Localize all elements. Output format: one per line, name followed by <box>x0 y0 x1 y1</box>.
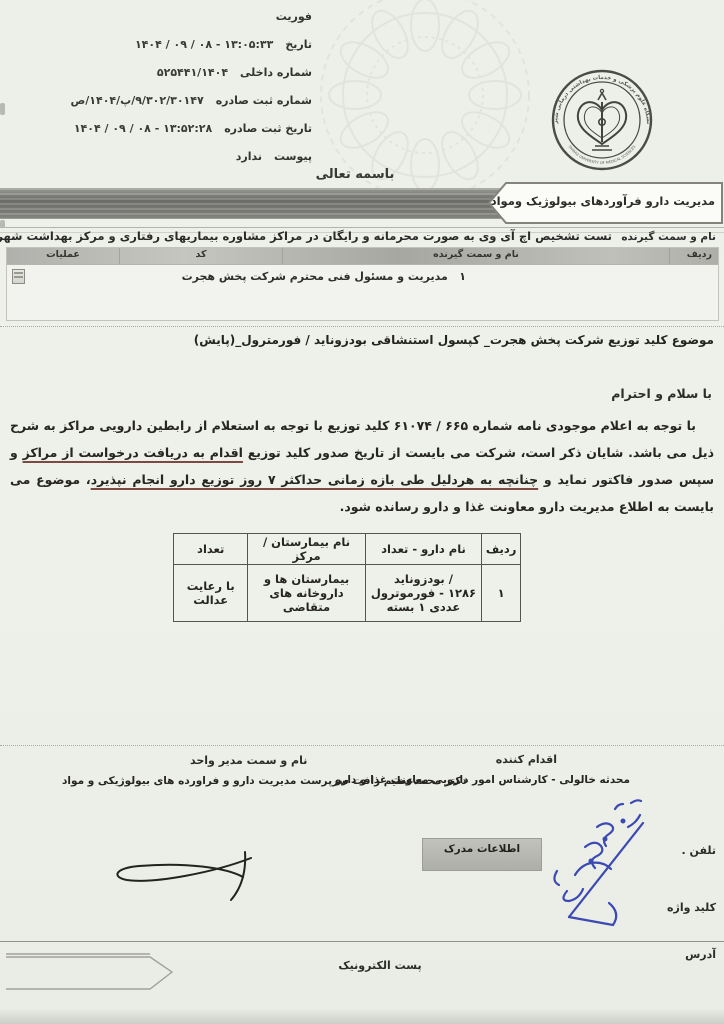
meta-row-attachment: پیوست ندارد <box>0 150 312 163</box>
body-seg4-underlined: چنانچه به هردلیل طی بازه زمانی حداکثر ۷ … <box>91 472 538 487</box>
salutation: با سلام و احترام <box>611 386 712 401</box>
recipient-note: تست تشخیص اچ آی وی به صورت محرمانه و رای… <box>0 229 612 243</box>
recipient-row-index: ۱ <box>459 270 466 283</box>
address-label: آدرس <box>685 948 716 961</box>
col-code-header: کد <box>119 248 282 264</box>
meta-row-internal-no: شماره داخلی ۵۲۵۴۴۱/۱۴۰۴ <box>0 66 312 79</box>
col-name-header: نام و سمت گیرنده <box>282 248 669 264</box>
actor-label: اقدام کننده <box>496 753 557 766</box>
phone-label: تلفن . <box>682 844 716 857</box>
drug-row-center: بیمارستان ها و داروخانه های متقاضی <box>248 565 365 622</box>
internal-no-label: شماره داخلی <box>240 66 312 79</box>
scanned-letter-page: فوریت تاریخ ۱۴۰۴ / ۰۹ / ۰۸ - ۱۳:۰۵:۳۳ شم… <box>0 0 724 1024</box>
university-seal-logo: دانشگاه علوم پزشکی و خدمات بهداشتی درمان… <box>548 66 656 174</box>
document-info-button: اطلاعات مدرک <box>422 838 542 871</box>
address-banner-outline <box>0 948 185 996</box>
subject-line: موضوع کلید توزیع شرکت پخش هجرت_ کپسول اس… <box>194 333 714 347</box>
divider-dotted <box>0 326 724 327</box>
body-seg2-underlined: اقدام به دریافت درخواست از مراکز <box>23 445 243 460</box>
col-actions-header: عملیات <box>7 248 119 264</box>
outgoing-date-label: تاریخ ثبت صادره <box>224 122 312 135</box>
drug-col-qty-header: تعداد <box>174 534 248 565</box>
attachment-value: ندارد <box>236 150 262 163</box>
date-value: ۱۴۰۴ / ۰۹ / ۰۸ - ۱۳:۰۵:۳۳ <box>135 38 273 51</box>
internal-no-value: ۵۲۵۴۴۱/۱۴۰۴ <box>157 66 228 79</box>
outgoing-no-label: شماره ثبت صادره <box>216 94 312 107</box>
drug-row-qty: با رعایت عدالت <box>174 565 248 622</box>
meta-row-priority: فوریت <box>0 10 312 23</box>
drug-table-header-row: ردیف نام دارو - تعداد نام بیمارستان / مر… <box>174 534 521 565</box>
col-row-header: ردیف <box>669 248 718 264</box>
department-banner-label: مدیریت دارو فرآوردهای بیولوژیک ومواد <box>505 194 715 208</box>
banner-band <box>0 188 504 219</box>
recipient-table-row: ۱ مدیریت و مسئول فنی محترم شرکت پخش هجرت <box>182 270 466 283</box>
scan-edge-shadow <box>0 1008 724 1024</box>
divider-solid <box>0 941 724 942</box>
recipients-table-header: ردیف نام و سمت گیرنده کد عملیات <box>7 248 718 265</box>
drug-row-drug: بودزوناید ‎/ ‎فورموترول ‎- ‎۱۲۸۶ ‎بسته ‎… <box>365 565 482 622</box>
email-label: پست الکترونیک <box>300 959 460 972</box>
drug-col-center-header: نام بیمارستان / مرکز <box>248 534 365 565</box>
date-label: تاریخ <box>285 38 312 51</box>
attachment-label: پیوست <box>274 150 312 163</box>
recipient-label: نام و سمت گیرنده <box>621 231 716 243</box>
outgoing-no-value: ص/‎۱۴۰۴/‎پ/‎۹/‎۳۰۲/‎۳۰۱۴۷ <box>70 94 203 107</box>
priority-label: فوریت <box>276 10 312 23</box>
drug-row-index: ۱ <box>482 565 521 622</box>
besmele: باسمه تعالی <box>280 167 430 182</box>
keyword-label: کلید واژه <box>667 901 716 914</box>
divider-dotted <box>0 745 724 746</box>
recipient-row-name: مدیریت و مسئول فنی محترم شرکت پخش هجرت <box>182 270 448 283</box>
drug-col-drug-header: نام دارو - تعداد <box>365 534 482 565</box>
meta-row-outgoing-date: تاریخ ثبت صادره ۱۴۰۴ / ۰۹ / ۰۸ - ۱۳:۵۲:۲… <box>0 122 312 135</box>
drug-col-row-header: ردیف <box>482 534 521 565</box>
manager-name: دکتر محمدعظیم رافت سرپرست مدیریت دارو و … <box>62 775 467 787</box>
meta-row-outgoing-no: شماره ثبت صادره ص/‎۱۴۰۴/‎پ/‎۹/‎۳۰۲/‎۳۰۱۴… <box>0 94 312 107</box>
outgoing-date-value: ۱۴۰۴ / ۰۹ / ۰۸ - ۱۳:۵۲:۲۸ <box>74 122 212 135</box>
meta-row-date: تاریخ ۱۴۰۴ / ۰۹ / ۰۸ - ۱۳:۰۵:۳۳ <box>0 38 312 51</box>
blue-signature <box>545 795 685 945</box>
letter-body: با توجه به اعلام موجودی نامه شماره ‎۶۱۰۷… <box>10 412 714 520</box>
recipients-table: ردیف نام و سمت گیرنده کد عملیات ۱ مدیریت… <box>6 247 719 321</box>
operations-grid-icon <box>12 269 25 284</box>
drug-table-data-row: ۱ بودزوناید ‎/ ‎فورموترول ‎- ‎۱۲۸۶ ‎بسته… <box>174 565 521 622</box>
black-signature <box>95 840 265 915</box>
manager-label: نام و سمت مدیر واحد <box>190 754 307 767</box>
drug-distribution-table: ردیف نام دارو - تعداد نام بیمارستان / مر… <box>173 533 521 622</box>
